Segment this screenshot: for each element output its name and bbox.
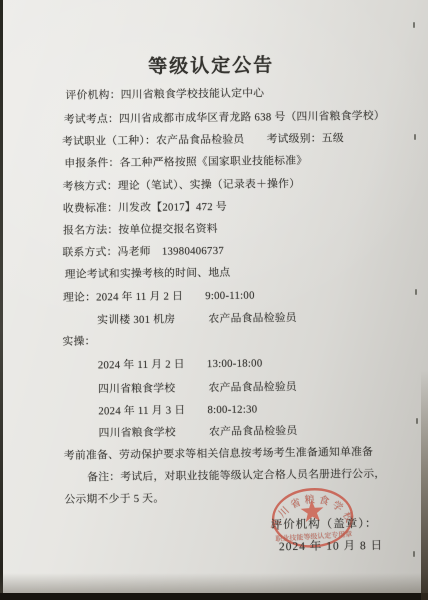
evaluating-agency-line: 评价机构：四川省粮食学校技能认定中心 [65,87,264,102]
schedule-heading-line: 理论考试和实操考核的时间、地点 [65,267,231,282]
practice-venue2-line: 四川省粮食学校 农产品食品检验员 [99,425,298,440]
practice-time2-line: 2024 年 11 月 3 日 8:00-12:30 [98,403,257,418]
edge-mark [416,418,418,424]
paper-edge-shadow [0,573,428,593]
assessment-method-line: 考核方式：理论（笔试）、实操（记录表＋操作） [63,178,301,194]
edge-mark [415,289,417,295]
fee-standard-line: 收费标准：川发改【2017】472 号 [63,201,227,216]
practice-heading-line: 实操： [62,335,95,348]
practice-time1-line: 2024 年 11 月 2 日 13:00-18:00 [98,357,263,372]
edge-mark [414,134,416,140]
issue-date-line: 2024 年 10 月 8 日 [279,540,383,554]
seal-label-line: 评价机构（盖章）： [271,518,378,532]
photo-bottom-edge [0,593,428,600]
edge-mark [413,551,415,557]
theory-venue-line: 实训楼 301 机房 农产品食品检验员 [97,312,297,327]
exam-site-line: 考试考点：四川省成都市成华区青龙路 638 号（四川省粮食学校） [64,110,385,127]
photo-right-shadow [421,370,428,600]
photo-left-edge [0,0,3,600]
document-photo: 等级认定公告 评价机构：四川省粮食学校技能认定中心 考试考点：四川省成都市成华区… [0,0,428,600]
preparation-note-line: 考前准备、劳动保护要求等相关信息按考场考生准备通知单准备 [64,446,373,463]
theory-time-line: 理论：2024 年 11 月 2 日 9:00-11:00 [63,290,255,305]
registration-method-line: 报名方法：按单位提交报名资料 [63,223,218,238]
announcement-title: 等级认定公告 [0,48,425,80]
contact-line: 联系方式：冯老师 13980406737 [62,245,224,260]
application-condition-line: 申报条件：各工种严格按照《国家职业技能标准》 [64,155,307,171]
exam-occupation-line: 考试职业（工种）：农产品食品检验员 考试级别：五级 [62,132,344,148]
announcement-paper: 等级认定公告 评价机构：四川省粮食学校技能认定中心 考试考点：四川省成都市成华区… [0,0,428,600]
edge-mark [413,22,415,28]
practice-venue1-line: 四川省粮食学校 农产品食品检验员 [98,381,297,396]
publicity-period-line: 公示期不少于 5 天。 [64,493,164,507]
